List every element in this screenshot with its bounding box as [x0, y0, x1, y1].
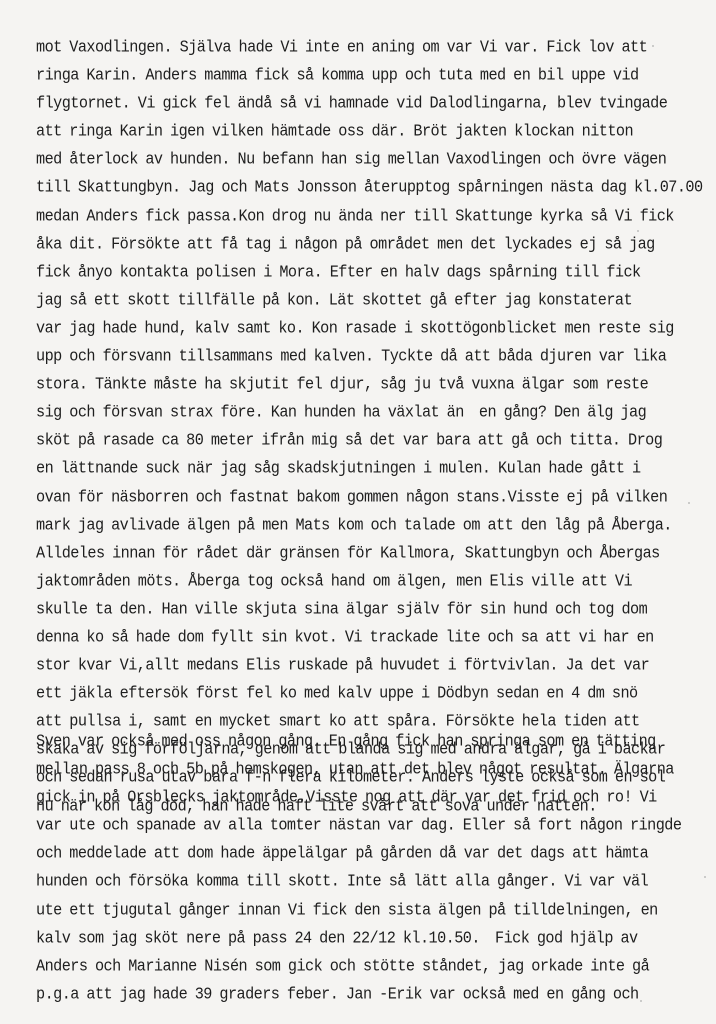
text-line: denna ko så hade dom fyllt sin kvot. Vi … [36, 621, 716, 652]
text-line: skulle ta den. Han ville skjuta sina älg… [36, 593, 716, 624]
scanned-page: mot Vaxodlingen. Själva hade Vi inte en … [0, 0, 716, 1024]
scan-speck [652, 45, 654, 47]
text-line: stora. Tänkte måste ha skjutit fel djur,… [36, 368, 716, 399]
text-line: ringa Karin. Anders mamma fick så komma … [36, 59, 716, 90]
text-line: fick ånyo kontakta polisen i Mora. Efter… [36, 256, 716, 287]
text-line: Alldeles innan för rådet där gränsen för… [36, 537, 716, 568]
text-line: kalv som jag sköt nere på pass 24 den 22… [36, 922, 716, 953]
text-line: p.g.a att jag hade 39 graders feber. Jan… [36, 978, 716, 1009]
scan-speck [640, 1000, 642, 1002]
text-line: ovan för näsborren och fastnat bakom gom… [36, 481, 716, 512]
paragraph-2: Sven var också med oss någon gång. En gå… [36, 727, 716, 1008]
scan-speck [637, 230, 639, 232]
text-line: hunden och försöka komma till skott. Int… [36, 866, 716, 897]
scan-speck [704, 876, 706, 878]
text-line: mark jag avlivade älgen på men Mats kom … [36, 509, 716, 540]
text-line: jag så ett skott tillfälle på kon. Lät s… [36, 284, 716, 315]
paragraph-1: mot Vaxodlingen. Själva hade Vi inte en … [36, 33, 716, 820]
text-line: jaktområden möts. Åberga tog också hand … [36, 565, 716, 596]
text-line: mellan pass 8 och 5b på hemskogen, utan … [36, 753, 716, 784]
text-line: upp och försvann tillsammans med kalven.… [36, 340, 716, 371]
text-line: mot Vaxodlingen. Själva hade Vi inte en … [36, 31, 716, 62]
text-line: till Skattungbyn. Jag och Mats Jonsson å… [36, 172, 716, 203]
text-line: Sven var också med oss någon gång. En gå… [36, 725, 716, 756]
text-line: åka dit. Försökte att få tag i någon på … [36, 228, 716, 259]
text-line: stor kvar Vi,allt medans Elis ruskade på… [36, 649, 716, 680]
text-line: flygtornet. Vi gick fel ändå så vi hamna… [36, 88, 716, 119]
text-line: sig och försvan strax före. Kan hunden h… [36, 397, 716, 428]
scan-speck [688, 502, 690, 504]
text-line: ett jäkla eftersök först fel ko med kalv… [36, 677, 716, 708]
text-line: var jag hade hund, kalv samt ko. Kon ras… [36, 312, 716, 343]
text-line: en lättnande suck när jag såg skadskjutn… [36, 453, 716, 484]
text-line: Anders och Marianne Nisén som gick och s… [36, 950, 716, 981]
text-line: gick in på Orsblecks jaktområde.Visste n… [36, 782, 716, 813]
text-line: ute ett tjugutal gånger innan Vi fick de… [36, 894, 716, 925]
text-line: medan Anders fick passa.Kon drog nu ända… [36, 200, 716, 231]
